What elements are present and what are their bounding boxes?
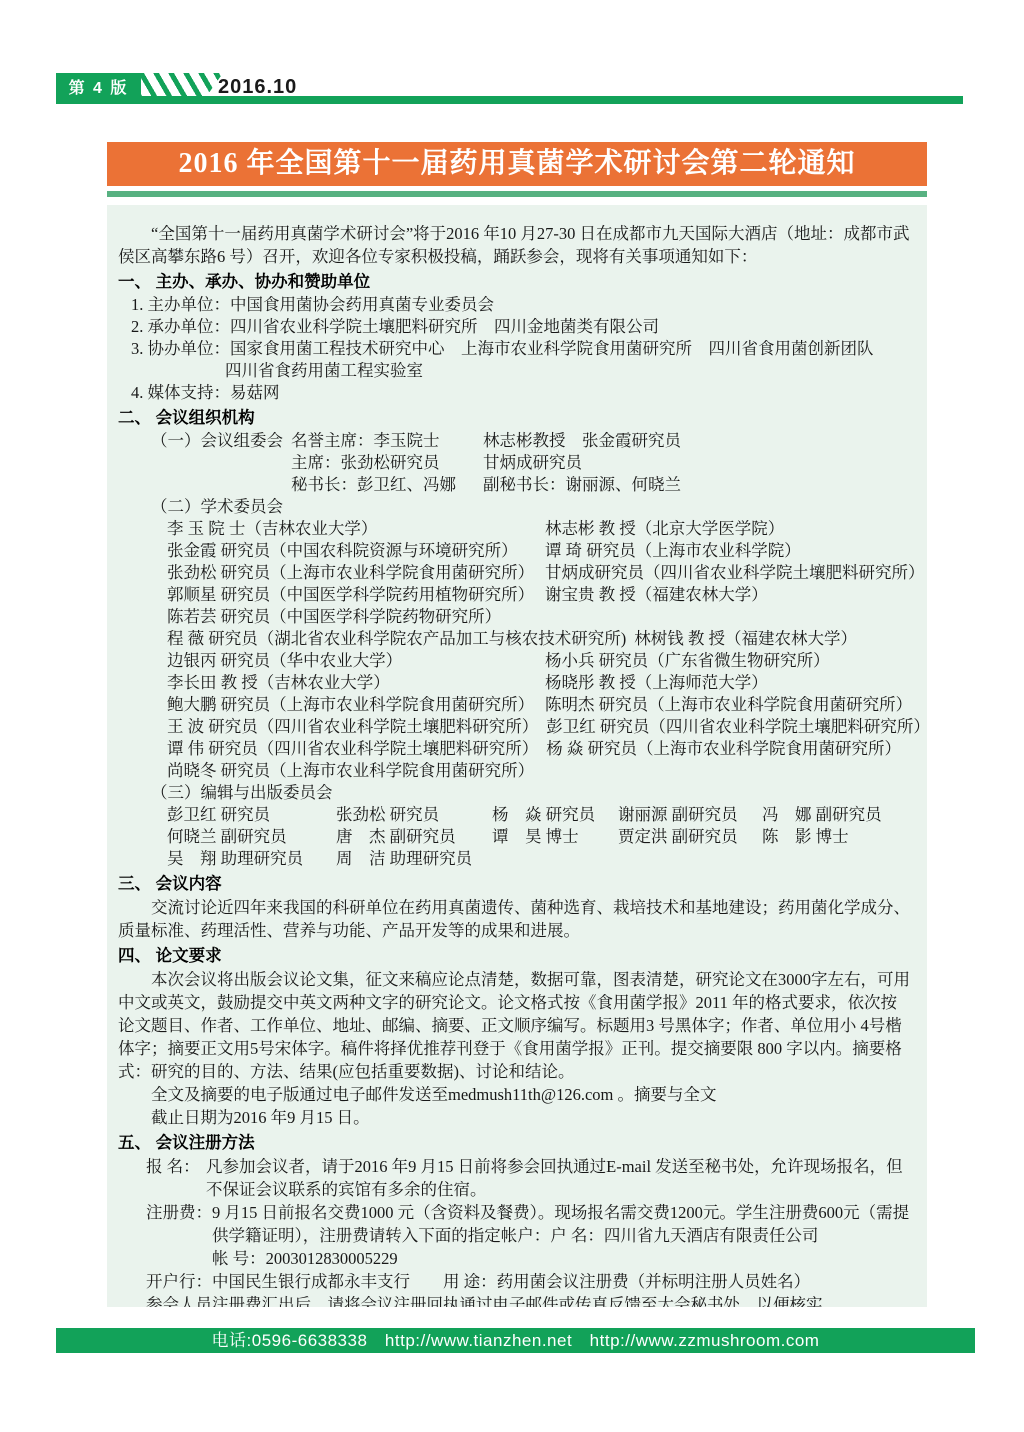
academic-member-row: 鲍大鹏 研究员（上海市农业科学院食用菌研究所） 陈明杰 研究员（上海市农业科学院… <box>118 694 913 716</box>
editorial-member: 贾定洪 副研究员 <box>618 826 762 848</box>
academic-member-row: 张金霞 研究员（中国农科院资源与环境研究所） 谭 琦 研究员（上海市农业科学院） <box>118 540 913 562</box>
academic-member-row: 边银丙 研究员（华中农业大学） 杨小兵 研究员（广东省微生物研究所） <box>118 650 913 672</box>
editorial-member-row: 彭卫红 研究员 张劲松 研究员 杨 焱 研究员 谢丽源 副研究员 冯 娜 副研究… <box>118 804 913 826</box>
editorial-member <box>762 848 913 870</box>
article-title: 2016 年全国第十一届药用真菌学术研讨会第二轮通知 <box>178 148 855 179</box>
academic-member: 边银丙 研究员（华中农业大学） <box>167 650 537 672</box>
organizing-committee-row: 秘书长：彭卫红、冯娜 副秘书长：谢丽源、何晓兰 <box>118 474 913 496</box>
confirmation-note: 参会人员注册费汇出后，请将会议注册回执通过电子邮件或传真反馈至大会秘书处，以便核… <box>118 1293 913 1307</box>
academic-member-row: 李长田 教 授（吉林农业大学） 杨晓彤 教 授（上海师范大学） <box>118 672 913 694</box>
editorial-member-row: 何晓兰 副研究员 唐 杰 副研究员 谭 昊 博士 贾定洪 副研究员 陈 影 博士 <box>118 826 913 848</box>
organizer-line: 2. 承办单位：四川省农业科学院土壤肥料研究所 四川金地菌类有限公司 <box>118 316 913 338</box>
organizer-line: 1. 主办单位：中国食用菌协会药用真菌专业委员会 <box>118 294 913 316</box>
editorial-member: 冯 娜 副研究员 <box>762 804 913 826</box>
academic-member: 谭 琦 研究员（上海市农业科学院） <box>545 540 801 562</box>
academic-member: 李长田 教 授（吉林农业大学） <box>167 672 537 694</box>
masthead-rule <box>56 96 963 104</box>
committee-members: 副秘书长：谢丽源、何晓兰 <box>483 474 681 496</box>
submission-deadline-line: 截止日期为2016 年9 月15 日。 <box>118 1106 913 1129</box>
article-body-panel: “全国第十一届药用真菌学术研讨会”将于2016 年10 月27-30 日在成都市… <box>107 205 927 1307</box>
academic-member: 林树钱 教 授（福建农林大学） <box>634 628 857 650</box>
committee-role: 主席：张劲松研究员 <box>291 452 483 474</box>
bank-entry: 开户行： 中国民生银行成都永丰支行 用 途：药用菌会议注册费（并标明注册人员姓名… <box>118 1270 913 1293</box>
academic-member: 杨 焱 研究员（上海市农业科学院食用菌研究所） <box>546 738 901 760</box>
academic-member: 林志彬 教 授（北京大学医学院） <box>545 518 784 540</box>
academic-member-row: 陈若芸 研究员（中国医学科学院药物研究所） <box>118 606 913 628</box>
footer-contact-text: 电话:0596-6638338 http://www.tianzhen.net … <box>212 1331 820 1350</box>
editorial-member: 陈 影 博士 <box>762 826 913 848</box>
organizing-committee-row: （一）会议组委会 名誉主席：李玉院士 林志彬教授 张金霞研究员 <box>118 430 913 452</box>
committee-group-label: （一）会议组委会 <box>151 430 291 452</box>
editorial-member: 杨 焱 研究员 <box>492 804 618 826</box>
section-5-heading: 五、 会议注册方法 <box>118 1132 913 1154</box>
article-title-banner: 2016 年全国第十一届药用真菌学术研讨会第二轮通知 <box>107 142 927 186</box>
section-1-heading: 一、 主办、承办、协办和赞助单位 <box>118 271 913 293</box>
academic-member: 鲍大鹏 研究员（上海市农业科学院食用菌研究所） <box>167 694 537 716</box>
editorial-committee-label: （三）编辑与出版委员会 <box>118 782 913 804</box>
committee-role: 秘书长：彭卫红、冯娜 <box>291 474 483 496</box>
academic-member: 陈明杰 研究员（上海市农业科学院食用菌研究所） <box>545 694 912 716</box>
section-4-heading: 四、 论文要求 <box>118 945 913 967</box>
committee-members: 林志彬教授 张金霞研究员 <box>483 430 681 452</box>
editorial-member: 张劲松 研究员 <box>336 804 492 826</box>
academic-member: 甘炳成研究员（四川省农业科学院土壤肥料研究所） <box>545 562 925 584</box>
editorial-member: 何晓兰 副研究员 <box>167 826 336 848</box>
intro-paragraph: “全国第十一届药用真菌学术研讨会”将于2016 年10 月27-30 日在成都市… <box>118 222 913 268</box>
committee-role: 名誉主席：李玉院士 <box>291 430 483 452</box>
academic-member-row: 尚晓冬 研究员（上海市农业科学院食用菌研究所） <box>118 760 913 782</box>
section-2-heading: 二、 会议组织机构 <box>118 407 913 429</box>
academic-member: 尚晓冬 研究员（上海市农业科学院食用菌研究所） <box>167 760 537 782</box>
editorial-member <box>618 848 762 870</box>
academic-member-row: 谭 伟 研究员（四川省农业科学院土壤肥料研究所） 杨 焱 研究员（上海市农业科学… <box>118 738 913 760</box>
fee-text: 9 月15 日前报名交费1000 元（含资料及餐费）。现场报名需交费1200元。… <box>212 1203 909 1245</box>
fee-account-number: 帐 号：2003012830005229 <box>212 1247 913 1270</box>
academic-member: 陈若芸 研究员（中国医学科学院药物研究所） <box>167 606 537 628</box>
editorial-member: 周 洁 助理研究员 <box>336 848 492 870</box>
editorial-member: 谢丽源 副研究员 <box>618 804 762 826</box>
registration-entry: 报 名： 凡参加会议者，请于2016 年9 月15 日前将参会回执通过E-mai… <box>118 1155 913 1201</box>
fee-entry: 注册费： 9 月15 日前报名交费1000 元（含资料及餐费）。现场报名需交费1… <box>118 1201 913 1270</box>
academic-member-row: 郭顺星 研究员（中国医学科学院药用植物研究所） 谢宝贵 教 授（福建农林大学） <box>118 584 913 606</box>
section-3-heading: 三、 会议内容 <box>118 873 913 895</box>
editorial-member: 吴 翔 助理研究员 <box>167 848 336 870</box>
academic-member: 郭顺星 研究员（中国医学科学院药用植物研究所） <box>167 584 537 606</box>
section-3-paragraph: 交流讨论近四年来我国的科研单位在药用真菌遗传、菌种选育、栽培技术和基地建设；药用… <box>118 896 913 942</box>
academic-member: 彭卫红 研究员（四川省农业科学院土壤肥料研究所） <box>546 716 927 738</box>
academic-member: 王 波 研究员（四川省农业科学院土壤肥料研究所） <box>167 716 538 738</box>
academic-member: 张金霞 研究员（中国农科院资源与环境研究所） <box>167 540 537 562</box>
academic-member-row: 程 薇 研究员（湖北省农业科学院农产品加工与核农技术研究所) 林树钱 教 授（福… <box>118 628 913 650</box>
academic-member-row: 张劲松 研究员（上海市农业科学院食用菌研究所） 甘炳成研究员（四川省农业科学院土… <box>118 562 913 584</box>
academic-member: 谢宝贵 教 授（福建农林大学） <box>545 584 768 606</box>
footer-contact-bar: 电话:0596-6638338 http://www.tianzhen.net … <box>56 1328 975 1353</box>
editorial-member: 彭卫红 研究员 <box>167 804 336 826</box>
edition-label: 第 4 版 <box>69 80 129 97</box>
academic-member: 李 玉 院 士（吉林农业大学） <box>167 518 537 540</box>
academic-member: 张劲松 研究员（上海市农业科学院食用菌研究所） <box>167 562 537 584</box>
section-4-paragraph: 本次会议将出版会议论文集，征文来稿应论点清楚，数据可靠，图表清楚，研究论文在30… <box>118 968 913 1083</box>
academic-member: 杨晓彤 教 授（上海师范大学） <box>545 672 768 694</box>
bank-text: 中国民生银行成都永丰支行 用 途：药用菌会议注册费（并标明注册人员姓名） <box>212 1270 913 1293</box>
organizer-line-continuation: 四川省食药用菌工程实验室 <box>118 360 913 382</box>
academic-committee-label: （二）学术委员会 <box>118 496 913 518</box>
submission-email-line: 全文及摘要的电子版通过电子邮件发送至medmush11th@126.com 。摘… <box>118 1083 913 1106</box>
editorial-member: 谭 昊 博士 <box>492 826 618 848</box>
committee-members: 甘炳成研究员 <box>483 452 582 474</box>
academic-member: 程 薇 研究员（湖北省农业科学院农产品加工与核农技术研究所) <box>167 628 626 650</box>
organizer-line: 4. 媒体支持：易菇网 <box>118 382 913 404</box>
editorial-member: 唐 杰 副研究员 <box>336 826 492 848</box>
registration-label: 报 名： <box>146 1155 206 1201</box>
bank-label: 开户行： <box>146 1270 212 1293</box>
organizing-committee-row: 主席：张劲松研究员 甘炳成研究员 <box>118 452 913 474</box>
academic-member: 杨小兵 研究员（广东省微生物研究所） <box>545 650 830 672</box>
organizer-line: 3. 协办单位：国家食用菌工程技术研究中心 上海市农业科学院食用菌研究所 四川省… <box>118 338 913 360</box>
editorial-member <box>492 848 618 870</box>
registration-text: 凡参加会议者，请于2016 年9 月15 日前将参会回执通过E-mail 发送至… <box>206 1155 913 1201</box>
banner-underline <box>107 191 927 197</box>
editorial-member-row: 吴 翔 助理研究员 周 洁 助理研究员 <box>118 848 913 870</box>
academic-member: 谭 伟 研究员（四川省农业科学院土壤肥料研究所） <box>167 738 538 760</box>
fee-label: 注册费： <box>146 1201 212 1270</box>
academic-member-row: 王 波 研究员（四川省农业科学院土壤肥料研究所） 彭卫红 研究员（四川省农业科学… <box>118 716 913 738</box>
academic-member-row: 李 玉 院 士（吉林农业大学） 林志彬 教 授（北京大学医学院） <box>118 518 913 540</box>
